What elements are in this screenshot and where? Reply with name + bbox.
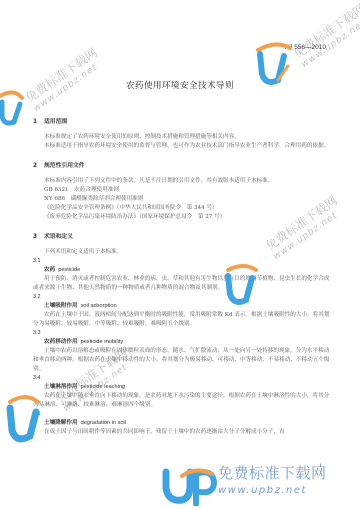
watermark-text: 免费标准下载网 www.upbz.net [290, 0, 360, 70]
term-definition: 土壤中农药以溶解态或吸附在固体微粒表面的形态，随水、气扩散流动，从一处向另一处转… [33, 347, 333, 374]
term-title: 土壤降解作用degradation in soil [33, 419, 333, 428]
up-logo-icon [218, 262, 264, 312]
paragraph: 本标准适用于指导农药环境安全使用的监督与管理，也可作为农业技术部门指导农业生产者… [33, 142, 333, 151]
reference-item: GB 8321 农药合理使用准则 [33, 186, 333, 195]
section-heading-1: 1 适用范围 [33, 118, 333, 127]
reference-item: 《危险化学品安全管理条例》（中华人民共和国国务院令 第 344 号） [33, 204, 333, 213]
term-title: 农药移动作用pesticide mobility [33, 338, 333, 347]
brand-watermark: 免费标准下载网 www.upbz.net [218, 462, 327, 496]
paragraph: 本标准规定了农药环境安全使用的原则、控制技术措施和管理措施等相关内容。 [33, 133, 333, 142]
term-number: 3.1 [33, 257, 333, 266]
term-title: 土壤吸附作用soil adsorption [33, 302, 333, 311]
term-number: 3.2 [33, 293, 333, 302]
paragraph: 本标准内容引用了下列文件中的条款。凡是不注日期的引用文件，其有效版本适用于本标准… [33, 177, 333, 186]
up-brand-logo-icon [160, 466, 218, 506]
section-heading-2: 2 规范性引用文件 [33, 162, 333, 171]
term-title: 农药pesticide [33, 266, 333, 275]
up-logo-icon [248, 40, 298, 90]
term-definition: 农药在土壤中于固、液两相间分配达到平衡时的吸附性能，常用吸附常数 Kd 表示。根… [33, 311, 333, 329]
up-logo-icon [2, 392, 46, 448]
term-number: 3.5 [33, 410, 333, 419]
term-number: 3.3 [33, 329, 333, 338]
reference-item: NY 686 磺酰脲类除草剂合理使用准则 [33, 195, 333, 204]
up-logo-icon [0, 90, 26, 130]
document-page: HJ 556—2010 农药使用环境安全技术导则 1 适用范围 本标准规定了农药… [0, 0, 360, 509]
term-definition: 用于预防、消灭或者控制危害农业、林业的病、虫、草和其他有害生物以及有目的地调节植… [33, 275, 333, 293]
term-definition: 在成土因子与田间耕作等因素的共同影响下，残留于土壤中的农药逐渐由大分子分解成小分… [33, 428, 333, 437]
